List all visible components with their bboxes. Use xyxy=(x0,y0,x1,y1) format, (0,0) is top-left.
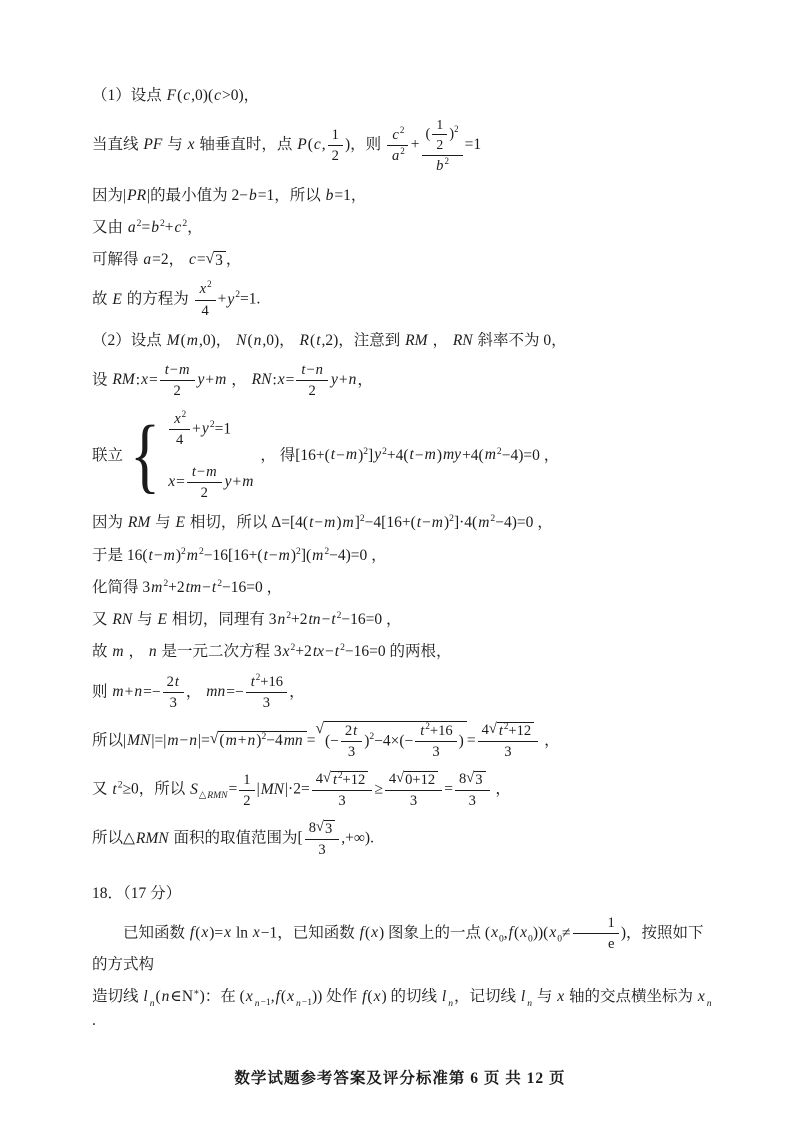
math-line: 已知函数 f(x)=x ln x−1，已知函数 f(x) 图象上的一点 (x0,… xyxy=(92,914,717,977)
math-line: 故 E 的方程为 x24+y2=1. xyxy=(92,280,717,319)
math-line: 因为 RM 与 E 相切，所以 Δ=[4(t−m)m]2−4[16+(t−m)2… xyxy=(92,511,717,534)
math-line: 因为|PR|的最小值为 2−b=1，所以 b=1， xyxy=(92,184,717,207)
math-line: 故 m ， n 是一元二次方程 3x2+2tx−t2−16=0 的两根， xyxy=(92,640,717,663)
math-line: 又 t2≥0，所以 S△RMN=12|MN|·2=4√t2+123≥4√0+12… xyxy=(92,770,717,810)
math-line: 则 m+n=−2t3， mn=−t2+163， xyxy=(92,673,717,712)
math-line: （1）设点 F(c,0)(c>0)， xyxy=(92,84,717,107)
math-line: 18．（17 分） xyxy=(92,882,717,905)
math-line: 又由 a2=b2+c2， xyxy=(92,216,717,239)
math-line: 所以|MN|=|m−n|=√(m+n)2−4mn=√(−2t3)2−4×(−t2… xyxy=(92,721,717,761)
document-body: （1）设点 F(c,0)(c>0)，当直线 PF 与 x 轴垂直时，点 P(c,… xyxy=(92,84,717,1041)
math-line: （2）设点 M(m,0)， N(n,0)， R(t,2)，注意到 RM ， RN… xyxy=(92,329,717,352)
math-line: 又 RN 与 E 相切，同理有 3n2+2tn−t2−16=0 ， xyxy=(92,608,717,631)
math-line: 联立{x24+y2=1x=t−m2y+m ， 得[16+(t−m)2]y2+4(… xyxy=(92,410,717,503)
math-line: 所以△RMN 面积的取值范围为[8√33,+∞). xyxy=(92,819,717,859)
math-line: 设 RM:x=t−m2y+m ， RN:x=t−n2y+n， xyxy=(92,361,717,400)
math-line: 化简得 3m2+2tm−t2−16=0 ， xyxy=(92,576,717,599)
math-line: 造切线 ln(n∈N∗)：在 (xn−1,f(xn−1)) 处作 f(x) 的切… xyxy=(92,985,717,1032)
math-line: 当直线 PF 与 x 轴垂直时，点 P(c,12)，则 c2a2+(12)2b2… xyxy=(92,116,717,174)
math-line: 于是 16(t−m)2m2−16[16+(t−m)2](m2−4)=0 ， xyxy=(92,544,717,567)
math-line: 可解得 a=2， c=√3， xyxy=(92,248,717,271)
answer-sheet-page: （1）设点 F(c,0)(c>0)，当直线 PF 与 x 轴垂直时，点 P(c,… xyxy=(0,0,800,1132)
page-footer: 数学试题参考答案及评分标准第 6 页 共 12 页 xyxy=(0,1066,800,1088)
